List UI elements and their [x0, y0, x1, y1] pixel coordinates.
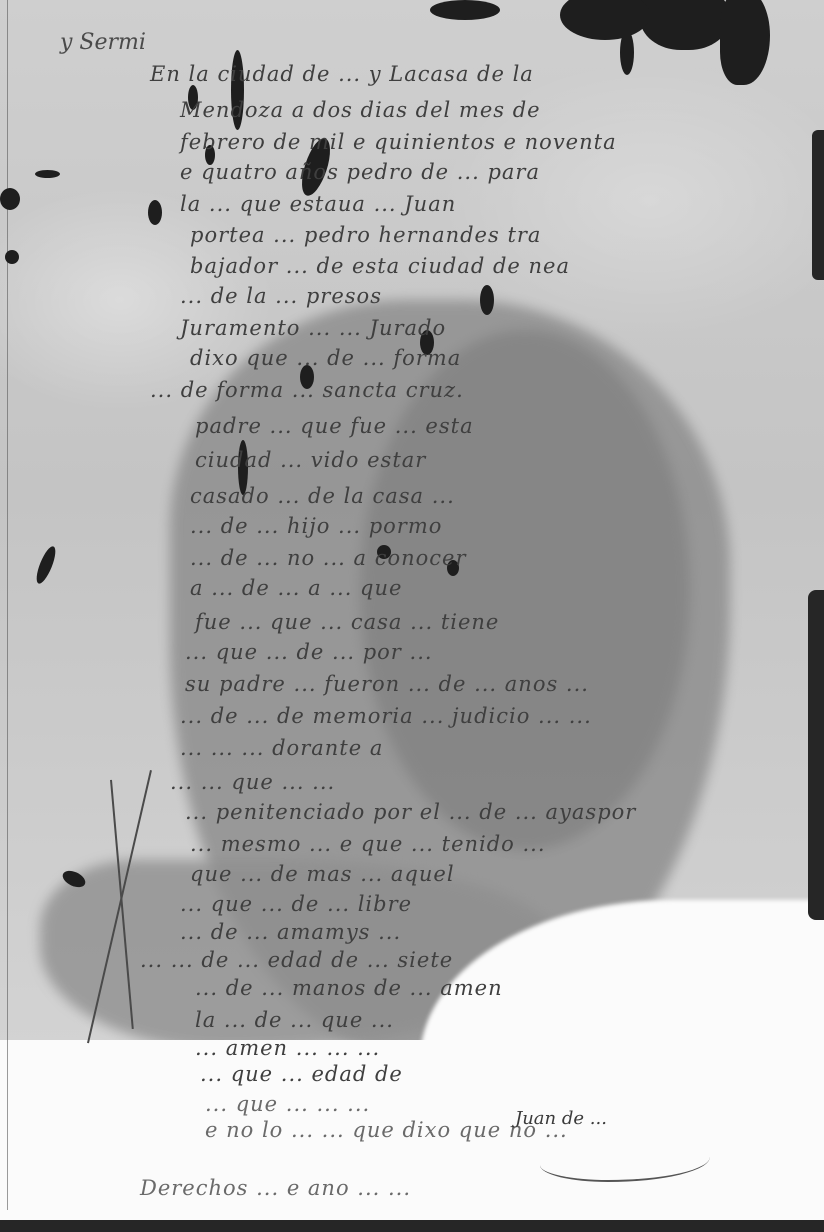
text-line: ... de la ... presos: [180, 284, 382, 308]
ink-blot: [148, 200, 162, 225]
text-line: ... que ... edad de: [200, 1062, 403, 1086]
ink-blot: [480, 285, 494, 315]
text-line: la ... que estaua ... Juan: [180, 192, 456, 216]
ink-blot: [430, 0, 500, 20]
text-line: Mendoza a dos dias del mes de: [180, 98, 541, 122]
ink-blot: [33, 544, 59, 586]
text-line: ... ... de ... edad de ... siete: [140, 948, 453, 972]
manuscript-page: y Sermi En la ciudad de ... y Lacasa de …: [0, 0, 824, 1232]
text-line: febrero de mil e quinientos e noventa: [180, 130, 617, 154]
text-line: En la ciudad de ... y Lacasa de la: [150, 62, 534, 86]
text-line: ... mesmo ... e que ... tenido ...: [190, 832, 546, 856]
ink-blot: [560, 0, 650, 40]
text-line: a ... de ... a ... que: [190, 576, 402, 600]
text-line: dixo que ... de ... forma: [190, 346, 461, 370]
text-line: ... amen ... ... ...: [195, 1036, 380, 1060]
text-line: la ... de ... que ...: [195, 1008, 394, 1032]
text-line: su padre ... fueron ... de ... anos ...: [185, 672, 589, 696]
margin-note: y Sermi: [60, 30, 146, 55]
torn-edge: [0, 1220, 824, 1232]
text-line: ... de ... amamys ...: [180, 920, 401, 944]
text-line: ... de forma ... sancta cruz.: [150, 378, 464, 402]
text-line: ... de ... no ... a conocer: [190, 546, 467, 570]
text-line: bajador ... de esta ciudad de nea: [190, 254, 570, 278]
margin-rule: [7, 0, 8, 1210]
text-line: e no lo ... ... que dixo que no ...: [205, 1118, 568, 1142]
text-line: ... que ... de ... por ...: [185, 640, 433, 664]
ink-blot: [35, 170, 60, 178]
torn-edge: [812, 130, 824, 280]
text-line: padre ... que fue ... esta: [195, 414, 474, 438]
ink-blot: [5, 250, 19, 264]
text-line: ... de ... hijo ... pormo: [190, 514, 442, 538]
text-line: fue ... que ... casa ... tiene: [195, 610, 499, 634]
ink-blot: [640, 0, 730, 50]
text-line: portea ... pedro hernandes tra: [190, 223, 541, 247]
text-line: ... de ... manos de ... amen: [195, 976, 503, 1000]
text-line: Juramento ... ... Jurado: [180, 316, 446, 340]
ink-blot: [620, 30, 634, 75]
text-line: ... de ... de memoria ... judicio ... ..…: [180, 704, 592, 728]
signature: Juan de ...: [515, 1108, 607, 1129]
torn-edge: [808, 590, 824, 920]
text-line: ... ... ... dorante a: [180, 736, 383, 760]
text-line: e quatro años pedro de ... para: [180, 160, 540, 184]
ink-blot: [720, 0, 770, 85]
footer-line: Derechos ... e ano ... ...: [140, 1176, 411, 1200]
text-line: ... que ... de ... libre: [180, 892, 412, 916]
text-line: ... ... que ... ...: [170, 770, 335, 794]
ink-blot: [0, 188, 20, 210]
water-stain: [360, 330, 690, 850]
text-line: ciudad ... vido estar: [195, 448, 426, 472]
text-line: casado ... de la casa ...: [190, 484, 455, 508]
text-line: ... que ... ... ...: [205, 1092, 370, 1116]
text-line: ... penitenciado por el ... de ... ayasp…: [185, 800, 636, 824]
text-line: que ... de mas ... aquel: [190, 862, 455, 886]
